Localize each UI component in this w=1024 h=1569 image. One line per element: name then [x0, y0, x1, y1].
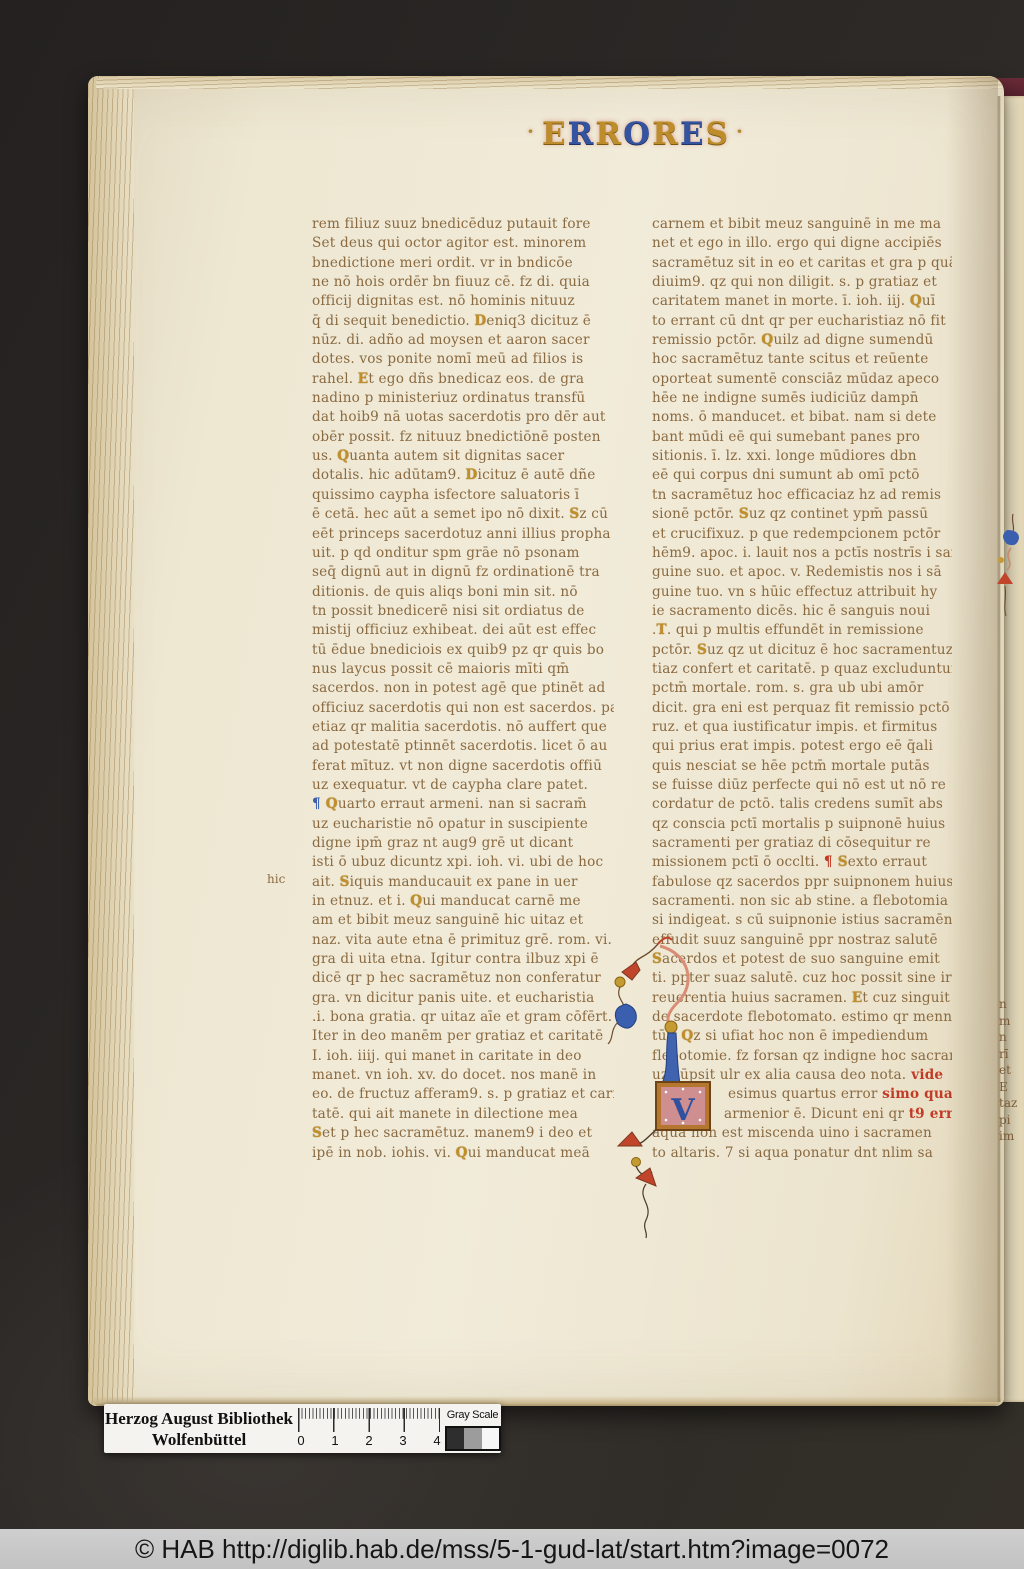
- text-segment: missionem pctī ō occlti.: [652, 854, 824, 870]
- text-line: gra. vn dicitur panis uite. et eucharist…: [312, 989, 614, 1008]
- text-segment: gra. vn dicitur panis uite. et eucharist…: [312, 990, 594, 1006]
- text-segment: dotalis. hic adūtam9.: [312, 467, 466, 483]
- text-segment: quissimo caypha isfectore saluatoris ī: [312, 487, 579, 503]
- text-segment: Set deus qui octor agitor est. minorem: [312, 235, 586, 251]
- text-line: nadino p ministeriuz ordinatus transfū: [312, 389, 614, 408]
- text-line: fabulose qz sacerdos ppr suipnonem huius: [652, 873, 952, 892]
- text-line: sacramenti per gratiaz di cōsequitur re: [652, 834, 952, 853]
- text-segment: ferat mītuz. vt non digne sacerdotis off…: [312, 758, 602, 774]
- text-line: ruz. et qua iustificatur impis. et firmi…: [652, 718, 952, 737]
- text-segment: sionē pctōr.: [652, 506, 739, 522]
- text-segment: z si ufiat hoc non ē impediendum: [693, 1028, 928, 1044]
- title-letter: R: [595, 116, 623, 152]
- text-segment: ad potestatē ptinnēt sacerdotis. licet ō…: [312, 738, 607, 754]
- text-segment: obēr possit. fz nituuz bnedictiōnē poste…: [312, 429, 601, 445]
- text-segment: etiaz qr malitia sacerdotis. nō auffert …: [312, 719, 607, 735]
- text-segment: net et ego in illo. ergo qui digne accip…: [652, 235, 942, 251]
- text-segment: eo. de fructuz afferam9. s. p gratiaz et…: [312, 1086, 614, 1102]
- text-segment: quis nesciat se hēe pctm̄ mortale putās: [652, 758, 930, 774]
- text-line: sacramenti. non sic ab stine. a flebotom…: [652, 892, 952, 911]
- text-segment: ui manducat meā: [468, 1145, 590, 1161]
- text-line: se fuisse diūz perfecte qui nō est ut nō…: [652, 776, 952, 795]
- text-line: nūz. di. adño ad moysen et aaron sacer: [312, 331, 614, 350]
- text-segment: icituz ē autē dñe: [478, 467, 596, 483]
- text-segment: S: [569, 506, 579, 522]
- text-line: am et bibit meuz sanguinē hic uitaz et: [312, 911, 614, 930]
- text-line: officiuz sacerdotis qui non est sacerdos…: [312, 699, 614, 718]
- text-line: caritatem manet in morte. ī. ioh. iij. Q…: [652, 292, 952, 311]
- text-segment: tiaz confert et caritatē. p quaz excludu…: [652, 661, 952, 677]
- text-segment: eēt princeps sacerdotuz anni illius prop…: [312, 526, 611, 542]
- copyright-url-caption: © HAB http://diglib.hab.de/mss/5-1-gud-l…: [135, 1534, 889, 1565]
- text-line: bnedictione meri ordit. vr in bndicōe: [312, 254, 614, 273]
- text-line: dicē qr p hec sacramētuz non conferatur: [312, 969, 614, 988]
- text-line: I. ioh. iiij. qui manet in caritate in d…: [312, 1047, 614, 1066]
- text-line: missionem pctī ō occlti. ¶ Sexto erraut: [652, 853, 952, 872]
- text-segment: t cuz singuit: [862, 990, 950, 1006]
- text-line: nus laycus possit cē maioris mīti qm̄: [312, 660, 614, 679]
- next-page-edge: [1001, 96, 1024, 1402]
- text-segment: naz. vita aute etna ē primituz grē. rom.…: [312, 932, 612, 948]
- text-line: officij dignitas est. nō hominis nituuz: [312, 292, 614, 311]
- text-segment: eē qui corpus dni sumunt ab omī pctō: [652, 467, 920, 483]
- text-line: us. Quanta autem sit dignitas sacer: [312, 447, 614, 466]
- text-segment: bnedictione meri ordit. vr in bndicōe: [312, 255, 573, 271]
- text-line: qui prius erat impis. potest ergo eē q̄a…: [652, 737, 952, 756]
- text-line: cordatur de pctō. talis credens sumīt ab…: [652, 795, 952, 814]
- text-line: Set p hec sacramētuz. manem9 i deo et: [312, 1124, 614, 1143]
- scale-number: 2: [362, 1433, 376, 1448]
- gray-scale-label: Gray Scale: [444, 1409, 501, 1421]
- scale-ticks: [298, 1408, 440, 1432]
- text-segment: sacramētuz sit in eo et caritas et gra p…: [652, 255, 952, 271]
- text-segment: S: [739, 506, 749, 522]
- text-segment: nūz. di. adño ad moysen et aaron sacer: [312, 332, 590, 348]
- text-segment: rem filiuz suuz bnedicēduz putauit fore: [312, 216, 591, 232]
- scale-number: 4: [430, 1433, 444, 1448]
- text-segment: digne ipm̄ graz nt aug9 grē ut dicant: [312, 835, 573, 851]
- text-segment: Q: [326, 796, 338, 812]
- text-segment: E: [358, 371, 369, 387]
- next-page-text-sliver: nmnrīetEtazpiim: [999, 996, 1021, 1145]
- text-segment: S: [838, 854, 848, 870]
- text-line: guine suo. et apoc. v. Redemistis nos i …: [652, 563, 952, 582]
- text-line: hēe ne indigne sumēs iudiciūz dampn̄: [652, 389, 952, 408]
- text-segment: uz exequatur. vt de caypha clare patet.: [312, 777, 588, 793]
- text-line: q̄ di sequit benedictio. Deniq3 dicituz …: [312, 312, 614, 331]
- text-segment: T: [657, 622, 667, 638]
- text-line: gra di uita etna. Igitur contra ilbuz xp…: [312, 950, 614, 969]
- text-segment: ne nō hois ordēr bn fiuuz cē. fz di. qui…: [312, 274, 590, 290]
- text-segment: hoc sacramētuz tante scitus et reūente: [652, 351, 928, 367]
- text-line: uit. p qd onditur spm grāe nō psonam: [312, 544, 614, 563]
- illuminated-initial-with-vine-flourish: V: [596, 926, 718, 1256]
- text-line: eē qui corpus dni sumunt ab omī pctō: [652, 466, 952, 485]
- title-letter: ·: [521, 119, 542, 143]
- text-line: bant mūdi eē qui sumebant panes pro: [652, 428, 952, 447]
- title-letter: ·: [730, 119, 751, 143]
- edge-text-fragment: E: [999, 1079, 1021, 1096]
- text-line: naz. vita aute etna ē primituz grē. rom.…: [312, 931, 614, 950]
- text-line: dicit. gra eni est perquaz fit remissio …: [652, 699, 952, 718]
- text-segment: se fuisse diūz perfecte qui nō est ut nō…: [652, 777, 946, 793]
- edge-text-fragment: rī: [999, 1046, 1021, 1063]
- text-segment: qui prius erat impis. potest ergo eē q̄a…: [652, 738, 933, 754]
- text-segment: S: [312, 1125, 322, 1141]
- text-segment: E: [852, 990, 863, 1006]
- text-segment: hēm9. apoc. i. lauit nos a pctīs nostrīs…: [652, 545, 952, 561]
- text-line: carnem et bibit meuz sanguinē in me ma: [652, 215, 952, 234]
- text-segment: ditionis. de quis aliqs boni min sit. nō: [312, 584, 578, 600]
- text-line: et crucifixuz. p que redempcionem pctōr: [652, 525, 952, 544]
- text-segment: guine tuo. vn s hūic effectuz attribuit …: [652, 584, 937, 600]
- text-line: oporteat sumentē consciāz mūdaz apeco: [652, 370, 952, 389]
- text-line: ē cetā. hec aūt a semet ipo nō dixit. Sz…: [312, 505, 614, 524]
- text-segment: ē cetā. hec aūt a semet ipo nō dixit.: [312, 506, 569, 522]
- text-line: dat hoib9 nā uotas sacerdotis pro dēr au…: [312, 408, 614, 427]
- text-segment: uarto erraut armeni. nan si sacram̄: [338, 796, 587, 812]
- text-segment: guine suo. et apoc. v. Redemistis nos i …: [652, 564, 942, 580]
- gray-scale-target: Gray Scale: [444, 1404, 501, 1453]
- text-segment: seq̄ dignū aut in dignū fz ordinationē t…: [312, 564, 600, 580]
- text-segment: armenior ē. Dicunt eni qr: [724, 1106, 909, 1122]
- text-line: seq̄ dignū aut in dignū fz ordinationē t…: [312, 563, 614, 582]
- text-segment: rahel.: [312, 371, 358, 387]
- institution-line1: Herzog August Bibliothek: [104, 1408, 294, 1429]
- text-line: uz exequatur. vt de caypha clare patet.: [312, 776, 614, 795]
- gray-patch: [482, 1428, 499, 1449]
- edge-text-fragment: taz: [999, 1095, 1021, 1112]
- text-segment: S: [697, 642, 707, 658]
- text-line: rahel. Et ego dñs bnedicaz eos. de gra: [312, 370, 614, 389]
- text-segment: tn sacramētuz hoc efficaciaz hz ad remis: [652, 487, 941, 503]
- text-line: ipē in nob. iohis. vi. Qui manducat meā: [312, 1144, 614, 1163]
- text-line: eēt princeps sacerdotuz anni illius prop…: [312, 525, 614, 544]
- image-caption-bar: © HAB http://diglib.hab.de/mss/5-1-gud-l…: [0, 1529, 1024, 1569]
- scale-number: 0: [294, 1433, 308, 1448]
- reference-ruler-card: Herzog August Bibliothek Wolfenbüttel 01…: [104, 1404, 501, 1453]
- text-segment: carnem et bibit meuz sanguinē in me ma: [652, 216, 941, 232]
- text-segment: sacramenti. non sic ab stine. a flebotom…: [652, 893, 948, 909]
- text-segment: dat hoib9 nā uotas sacerdotis pro dēr au…: [312, 409, 606, 425]
- text-line: noms. ō manducet. et bibat. nam si dete: [652, 408, 952, 427]
- text-segment: sitionis. ī. lz. xxi. longe mūdiores dbn: [652, 448, 917, 464]
- page-stack-top-edge: [96, 76, 1002, 89]
- text-segment: ui manducat carnē me: [422, 893, 580, 909]
- page-stack-fore-edge: [88, 76, 134, 1406]
- title-letter: E: [542, 116, 568, 152]
- text-segment: officij dignitas est. nō hominis nituuz: [312, 293, 575, 309]
- text-line: tn possit bnedicerē nisi sit ordiatus de: [312, 602, 614, 621]
- gray-patch: [447, 1428, 464, 1449]
- title-letter: O: [623, 116, 652, 152]
- text-line: ie sacramento dicēs. hic ē sanguis noui: [652, 602, 952, 621]
- text-line: sionē pctōr. Suz qz continet ypm̄ passū: [652, 505, 952, 524]
- text-segment: tn possit bnedicerē nisi sit ordiatus de: [312, 603, 585, 619]
- text-segment: dotes. vos ponite nomī meū ad filios is: [312, 351, 583, 367]
- text-segment: Q: [761, 332, 773, 348]
- text-segment: uit. p qd onditur spm grāe nō psonam: [312, 545, 580, 561]
- scale-numbers: 01234: [294, 1433, 444, 1448]
- illuminated-title-errores: ·ERRORES·: [506, 116, 766, 152]
- text-line: dotalis. hic adūtam9. Dicituz ē autē dñe: [312, 466, 614, 485]
- text-line: .T. qui p multis effundēt in remissione: [652, 621, 952, 640]
- text-segment: esimus quartus error: [728, 1086, 882, 1102]
- text-segment: . qui p multis effundēt in remissione: [667, 622, 924, 638]
- text-line: tn sacramētuz hoc efficaciaz hz ad remis: [652, 486, 952, 505]
- text-segment: gra di uita etna. Igitur contra ilbuz xp…: [312, 951, 599, 967]
- text-segment: officiuz sacerdotis qui non est sacerdos…: [312, 700, 614, 716]
- text-line: etiaz qr malitia sacerdotis. nō auffert …: [312, 718, 614, 737]
- text-line: net et ego in illo. ergo qui digne accip…: [652, 234, 952, 253]
- text-segment: dicē qr p hec sacramētuz non conferatur: [312, 970, 601, 986]
- svg-text:V: V: [670, 1093, 695, 1128]
- text-segment: hēe ne indigne sumēs iudiciūz dampn̄: [652, 390, 919, 406]
- manuscript-left-column: rem filiuz suuz bnedicēduz putauit foreS…: [312, 215, 614, 1167]
- text-segment: pctm̄ mortale. rom. s. gra ub ubi amōr: [652, 680, 924, 696]
- text-segment: tatē. qui ait manete in dilectione mea: [312, 1106, 578, 1122]
- text-segment: z cū: [579, 506, 608, 522]
- text-segment: fabulose qz sacerdos ppr suipnonem huius: [652, 874, 952, 890]
- text-segment: tū ēdue bnediciois ex quib9 pz qr quis b…: [312, 642, 604, 658]
- text-segment: Q: [456, 1145, 468, 1161]
- text-segment: diuim9. qz qui non diligit. s. p gratiaz…: [652, 274, 937, 290]
- text-segment: pctōr.: [652, 642, 697, 658]
- page-crease: [997, 96, 1001, 1402]
- text-line: .i. bona gratia. qr uitaz aīe et gram cō…: [312, 1008, 614, 1027]
- text-line: pctōr. Suz qz ut dicituz ē hoc sacrament…: [652, 641, 952, 660]
- text-line: sacerdos. non in potest agē que ptinēt a…: [312, 679, 614, 698]
- title-letter: S: [706, 116, 730, 152]
- title-letter: R: [568, 116, 596, 152]
- text-segment: isti ō ubuz dicuntz xpi. ioh. vi. ubi de…: [312, 854, 603, 870]
- text-segment: uz qz ut dicituz ē hoc sacramentuz gr: [707, 642, 952, 658]
- text-segment: ruz. et qua iustificatur impis. et firmi…: [652, 719, 937, 735]
- text-line: sitionis. ī. lz. xxi. longe mūdiores dbn: [652, 447, 952, 466]
- text-segment: bant mūdi eē qui sumebant panes pro: [652, 429, 920, 445]
- text-line: hēm9. apoc. i. lauit nos a pctīs nostrīs…: [652, 544, 952, 563]
- text-segment: uz qz continet ypm̄ passū: [749, 506, 928, 522]
- text-line: ait. Siquis manducauit ex pane in uer: [312, 873, 614, 892]
- margin-note: hic: [267, 872, 285, 886]
- text-segment: mistij officiuz exhibeat. dei aūt est ef…: [312, 622, 596, 638]
- text-segment: manet. vn ioh. xv. do docet. nos manē in: [312, 1067, 596, 1083]
- text-segment: t ego dñs bnedicaz eos. de gra: [368, 371, 584, 387]
- text-line: sacramētuz sit in eo et caritas et gra p…: [652, 254, 952, 273]
- edge-text-fragment: im: [999, 1128, 1021, 1145]
- text-segment: ¶: [824, 854, 838, 870]
- institution-line2: Wolfenbüttel: [104, 1429, 294, 1450]
- text-line: digne ipm̄ graz nt aug9 grē ut dicant: [312, 834, 614, 853]
- edge-text-fragment: n: [999, 996, 1021, 1013]
- text-line: rem filiuz suuz bnedicēduz putauit fore: [312, 215, 614, 234]
- text-line: eo. de fructuz afferam9. s. p gratiaz et…: [312, 1085, 614, 1104]
- text-segment: .i. bona gratia. qr uitaz aīe et gram cō…: [312, 1009, 612, 1025]
- text-segment: t9 error.: [909, 1106, 952, 1122]
- text-line: obēr possit. fz nituuz bnedictiōnē poste…: [312, 428, 614, 447]
- text-segment: I. ioh. iiij. qui manet in caritate in d…: [312, 1048, 582, 1064]
- text-segment: qz conscia pctī mortalis p suipnonē huiu…: [652, 816, 945, 832]
- text-segment: remissio pctōr.: [652, 332, 761, 348]
- text-segment: S: [340, 874, 350, 890]
- institution-label: Herzog August Bibliothek Wolfenbüttel: [104, 1404, 294, 1453]
- text-line: guine tuo. vn s hūic effectuz attribuit …: [652, 583, 952, 602]
- text-line: tū ēdue bnediciois ex quib9 pz qr quis b…: [312, 641, 614, 660]
- text-line: mistij officiuz exhibeat. dei aūt est ef…: [312, 621, 614, 640]
- text-segment: simo quar: [882, 1086, 952, 1102]
- gutter-shadow: [946, 78, 998, 1402]
- edge-text-fragment: pi: [999, 1112, 1021, 1129]
- text-segment: sacramenti per gratiaz di cōsequitur re: [652, 835, 931, 851]
- scale-number: 3: [396, 1433, 410, 1448]
- text-segment: eniq3 dicituz ē: [486, 313, 591, 329]
- text-segment: ipē in nob. iohis. vi.: [312, 1145, 456, 1161]
- text-segment: uanta autem sit dignitas sacer: [349, 448, 564, 464]
- text-line: remissio pctōr. Quilz ad digne sumendū: [652, 331, 952, 350]
- text-segment: ait.: [312, 874, 340, 890]
- edge-text-fragment: n: [999, 1029, 1021, 1046]
- text-segment: exto erraut: [848, 854, 927, 870]
- text-segment: et crucifixuz. p que redempcionem pctōr: [652, 526, 940, 542]
- text-segment: Q: [337, 448, 349, 464]
- text-segment: cordatur de pctō. talis credens sumīt ab…: [652, 796, 943, 812]
- edge-text-fragment: et: [999, 1062, 1021, 1079]
- text-line: hoc sacramētuz tante scitus et reūente: [652, 350, 952, 369]
- text-line: quissimo caypha isfectore saluatoris ī: [312, 486, 614, 505]
- text-segment: et p hec sacramētuz. manem9 i deo et: [322, 1125, 592, 1141]
- text-segment: sacerdos. non in potest agē que ptinēt a…: [312, 680, 605, 696]
- text-segment: us.: [312, 448, 337, 464]
- text-line: manet. vn ioh. xv. do docet. nos manē in: [312, 1066, 614, 1085]
- text-line: Iter in deo manēm per gratiaz et caritat…: [312, 1027, 614, 1046]
- edge-text-fragment: m: [999, 1013, 1021, 1030]
- text-line: ad potestatē ptinnēt sacerdotis. licet ō…: [312, 737, 614, 756]
- text-line: in etnuz. et i. Qui manducat carnē me: [312, 892, 614, 911]
- gray-patch: [464, 1428, 481, 1449]
- next-page-flourish: [993, 508, 1021, 623]
- gray-scale-patches: [445, 1426, 501, 1451]
- text-line: tatē. qui ait manete in dilectione mea: [312, 1105, 614, 1124]
- digitized-manuscript-photo: ·ERRORES· rem filiuz suuz bnedicēduz put…: [0, 0, 1024, 1569]
- text-segment: nus laycus possit cē maioris mīti qm̄: [312, 661, 569, 677]
- text-segment: am et bibit meuz sanguinē hic uitaz et: [312, 912, 583, 928]
- text-segment: in etnuz. et i.: [312, 893, 410, 909]
- text-segment: to errant cū dnt qr per eucharistiaz nō …: [652, 313, 946, 329]
- text-line: dotes. vos ponite nomī meū ad filios is: [312, 350, 614, 369]
- text-line: to errant cū dnt qr per eucharistiaz nō …: [652, 312, 952, 331]
- text-segment: vide: [906, 1067, 943, 1083]
- text-segment: Iter in deo manēm per gratiaz et caritat…: [312, 1028, 603, 1044]
- text-line: pctm̄ mortale. rom. s. gra ub ubi amōr: [652, 679, 952, 698]
- text-segment: Q: [410, 893, 422, 909]
- text-line: ¶ Quarto erraut armeni. nan si sacram̄: [312, 795, 614, 814]
- text-segment: dicit. gra eni est perquaz fit remissio …: [652, 700, 950, 716]
- text-line: ne nō hois ordēr bn fiuuz cē. fz di. qui…: [312, 273, 614, 292]
- title-letter: E: [680, 116, 706, 152]
- text-segment: ¶: [312, 796, 326, 812]
- text-line: diuim9. qz qui non diligit. s. p gratiaz…: [652, 273, 952, 292]
- text-segment: D: [474, 313, 486, 329]
- text-segment: uz eucharistie nō opatur in suscipiente: [312, 816, 588, 832]
- text-line: Set deus qui octor agitor est. minorem: [312, 234, 614, 253]
- text-line: isti ō ubuz dicuntz xpi. ioh. vi. ubi de…: [312, 853, 614, 872]
- text-segment: nadino p ministeriuz ordinatus transfū: [312, 390, 585, 406]
- cm-scale: 01234: [294, 1404, 444, 1453]
- text-segment: uilz ad digne sumendū: [773, 332, 933, 348]
- text-segment: caritatem manet in morte. ī. ioh. iij.: [652, 293, 910, 309]
- text-line: uz eucharistie nō opatur in suscipiente: [312, 815, 614, 834]
- text-segment: q̄ di sequit benedictio.: [312, 313, 474, 329]
- text-line: quis nesciat se hēe pctm̄ mortale putās: [652, 757, 952, 776]
- text-segment: D: [466, 467, 478, 483]
- text-segment: ie sacramento dicēs. hic ē sanguis noui: [652, 603, 930, 619]
- text-segment: Q: [910, 293, 922, 309]
- text-line: tiaz confert et caritatē. p quaz excludu…: [652, 660, 952, 679]
- text-segment: oporteat sumentē consciāz mūdaz apeco: [652, 371, 939, 387]
- text-line: qz conscia pctī mortalis p suipnonē huiu…: [652, 815, 952, 834]
- title-letter: R: [652, 116, 680, 152]
- text-segment: noms. ō manducet. et bibat. nam si dete: [652, 409, 936, 425]
- text-segment: uī: [922, 293, 936, 309]
- text-line: ferat mītuz. vt non digne sacerdotis off…: [312, 757, 614, 776]
- text-line: ditionis. de quis aliqs boni min sit. nō: [312, 583, 614, 602]
- text-segment: iquis manducauit ex pane in uer: [350, 874, 578, 890]
- scale-number: 1: [328, 1433, 342, 1448]
